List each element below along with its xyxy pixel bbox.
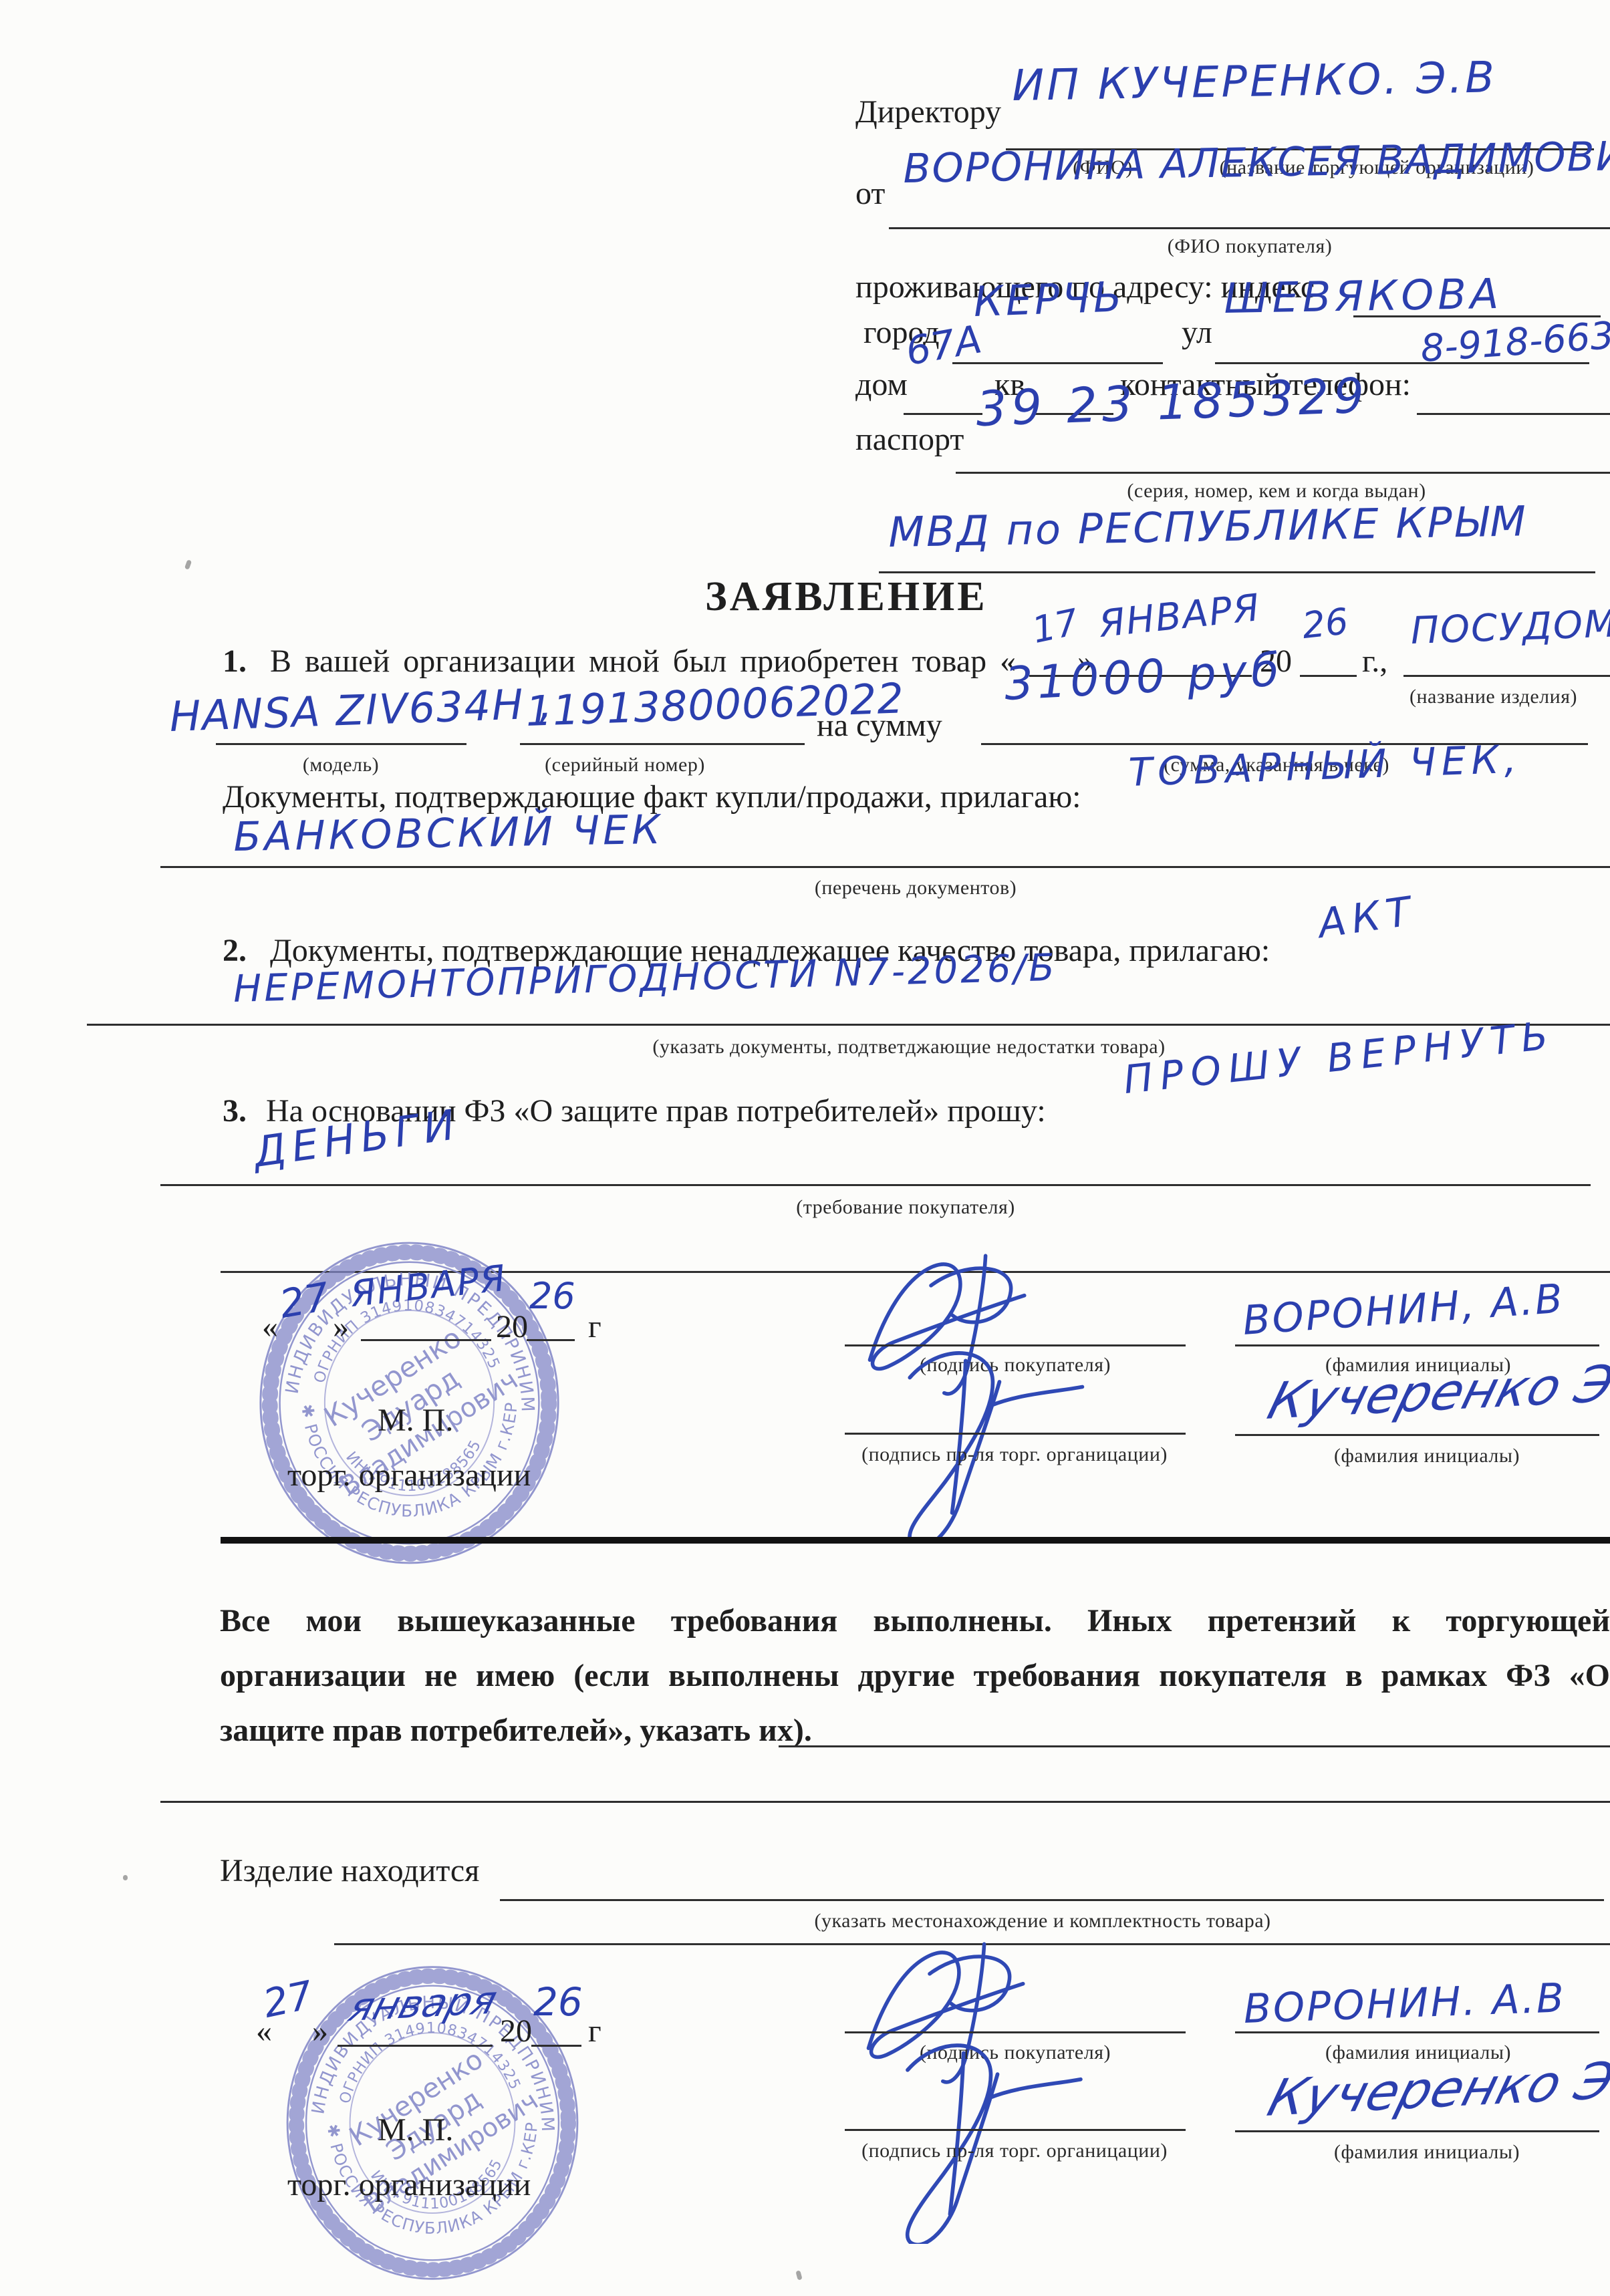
- mp-org-label: торг. организации: [287, 1457, 531, 1493]
- name-hint: (фамилия инициалы): [1327, 1445, 1527, 1467]
- field-underline: [87, 1024, 1610, 1026]
- org-sign-hint: (подпись пр-ля торг. органицации): [847, 2140, 1182, 2162]
- located-hint: (указать местонахождение и комплектность…: [782, 1910, 1303, 1932]
- located-label: Изделие находится: [220, 1852, 479, 1889]
- street-label: ул: [1182, 314, 1212, 351]
- field-underline: [779, 1745, 1610, 1747]
- date1-year-handwritten: 26: [529, 1275, 575, 1317]
- org-sign-hint: (подпись пр-ля торг. органицации): [847, 1443, 1182, 1466]
- field-underline: [520, 743, 805, 745]
- org-name-line: [1235, 1434, 1599, 1436]
- org-signature-line: [845, 2129, 1186, 2131]
- item3-number: 3.: [223, 1093, 247, 1129]
- field-underline: [527, 1339, 575, 1341]
- field-underline: [361, 1339, 491, 1341]
- docs-value2-handwritten: БАНКОВСКИЙ ЧЕК: [233, 807, 664, 861]
- closing-line1: Все мои вышеуказанные требования выполне…: [220, 1602, 1610, 1639]
- field-underline: [500, 1899, 1604, 1901]
- date1-century: 20: [496, 1308, 528, 1345]
- product-hint: (название изделия): [1377, 686, 1610, 708]
- org-signature: [863, 2023, 1084, 2244]
- buyer-name-handwritten: ВОРОНИН. А.В: [1243, 1975, 1567, 2033]
- mp-label: М. П.: [378, 1402, 453, 1439]
- street-value-handwritten: ШЕВЯКОВА: [1224, 269, 1503, 323]
- docs-hint: (перечень документов): [789, 877, 1043, 899]
- item1-year-suffix: г.,: [1362, 643, 1387, 680]
- sum-label: на сумму: [817, 707, 942, 744]
- scan-speck: [795, 2270, 802, 2280]
- item2-hint: (указать документы, подтветджающие недос…: [632, 1036, 1186, 1058]
- field-underline: [904, 413, 982, 415]
- item1-product-handwritten: ПОСУДОМОЙКА: [1410, 598, 1610, 653]
- org-signature-line: [845, 1433, 1186, 1435]
- org-name-line: [1235, 2130, 1599, 2132]
- director-label: Директору: [855, 94, 1001, 130]
- date1-quote-open: «: [262, 1308, 278, 1345]
- from-value-handwritten: ВОРОНИНА АЛЕКСЕЯ ВАДИМОВИЧА: [903, 134, 1610, 192]
- model-hint: (модель): [261, 754, 421, 776]
- field-underline: [956, 472, 1610, 474]
- date1-quote-close: »: [333, 1308, 349, 1345]
- passport-value-handwritten: 39 23 185329: [975, 368, 1369, 437]
- page-title: ЗАЯВЛЕНИЕ: [705, 573, 988, 621]
- field-underline: [952, 362, 1163, 364]
- buyer-fio-hint: (ФИО покупателя): [1136, 235, 1363, 258]
- field-underline: [160, 866, 1610, 868]
- item1-day-handwritten: 17: [1029, 601, 1082, 652]
- buyer-name-line: [1235, 1344, 1599, 1346]
- field-underline: [338, 2045, 493, 2047]
- director-value-handwritten: ИП КУЧЕРЕНКО. Э.В: [1012, 53, 1498, 111]
- item3-hint: (требование покупателя): [775, 1196, 1036, 1219]
- field-underline: [1417, 413, 1610, 415]
- scan-speck: [184, 559, 192, 570]
- sum-value-handwritten: 31000 руб: [1003, 643, 1285, 711]
- buyer-name-line: [1235, 2031, 1599, 2033]
- date2-quote-close: »: [312, 2013, 328, 2049]
- scanned-claim-form-page: Директору ИП КУЧЕРЕНКО. Э.В (ФИО) (назва…: [0, 0, 1610, 2296]
- date2-year-handwritten: 26: [533, 1979, 583, 2025]
- item1-number: 1.: [223, 643, 247, 680]
- passport-issuer-handwritten: МВД по РЕСПУБЛИКЕ КРЫМ: [888, 496, 1528, 557]
- field-underline: [216, 743, 466, 745]
- city-value-handwritten: КЕРЧЬ: [972, 272, 1125, 326]
- item1-year-handwritten: 26: [1300, 600, 1350, 647]
- from-label: от: [855, 175, 885, 212]
- field-underline: [531, 2045, 581, 2047]
- field-underline: [160, 1184, 1591, 1186]
- scan-speck: [123, 1875, 128, 1880]
- field-underline: [1300, 675, 1357, 677]
- date1-day-handwritten: 27: [276, 1274, 332, 1327]
- passport-label: паспорт: [855, 421, 964, 458]
- section-thick-divider: [221, 1537, 1610, 1544]
- field-underline: [160, 1801, 1610, 1803]
- closing-line2: организации не имею (если выполнены друг…: [220, 1657, 1610, 1694]
- mp-label: М. П.: [378, 2112, 453, 2148]
- field-underline: [889, 227, 1610, 229]
- mp-org-label: торг. организации: [287, 2166, 531, 2203]
- item1-month-handwritten: ЯНВАРЯ: [1097, 586, 1262, 646]
- date2-month-handwritten: января: [344, 1977, 502, 2030]
- item2-number: 2.: [223, 932, 247, 969]
- date1-year-suffix: г: [588, 1308, 601, 1345]
- model-value-handwritten: HANSA ZIV634H ,: [168, 679, 554, 741]
- field-underline: [1403, 675, 1610, 677]
- serial-hint: (серийный номер): [535, 754, 715, 776]
- org-signature: [865, 1331, 1086, 1538]
- buyer-name-handwritten: ВОРОНИН, А.В: [1241, 1276, 1566, 1344]
- house-label: дом: [855, 366, 908, 403]
- date2-century: 20: [500, 2013, 532, 2049]
- item1-text: В вашей организации мной был приобретен …: [270, 643, 1016, 680]
- item2-value1-handwritten: АКТ: [1315, 887, 1420, 948]
- closing-line3: защите прав потребителей», указать их).: [220, 1712, 812, 1749]
- name-hint: (фамилия инициалы): [1327, 2141, 1527, 2164]
- date2-year-suffix: г: [588, 2013, 601, 2049]
